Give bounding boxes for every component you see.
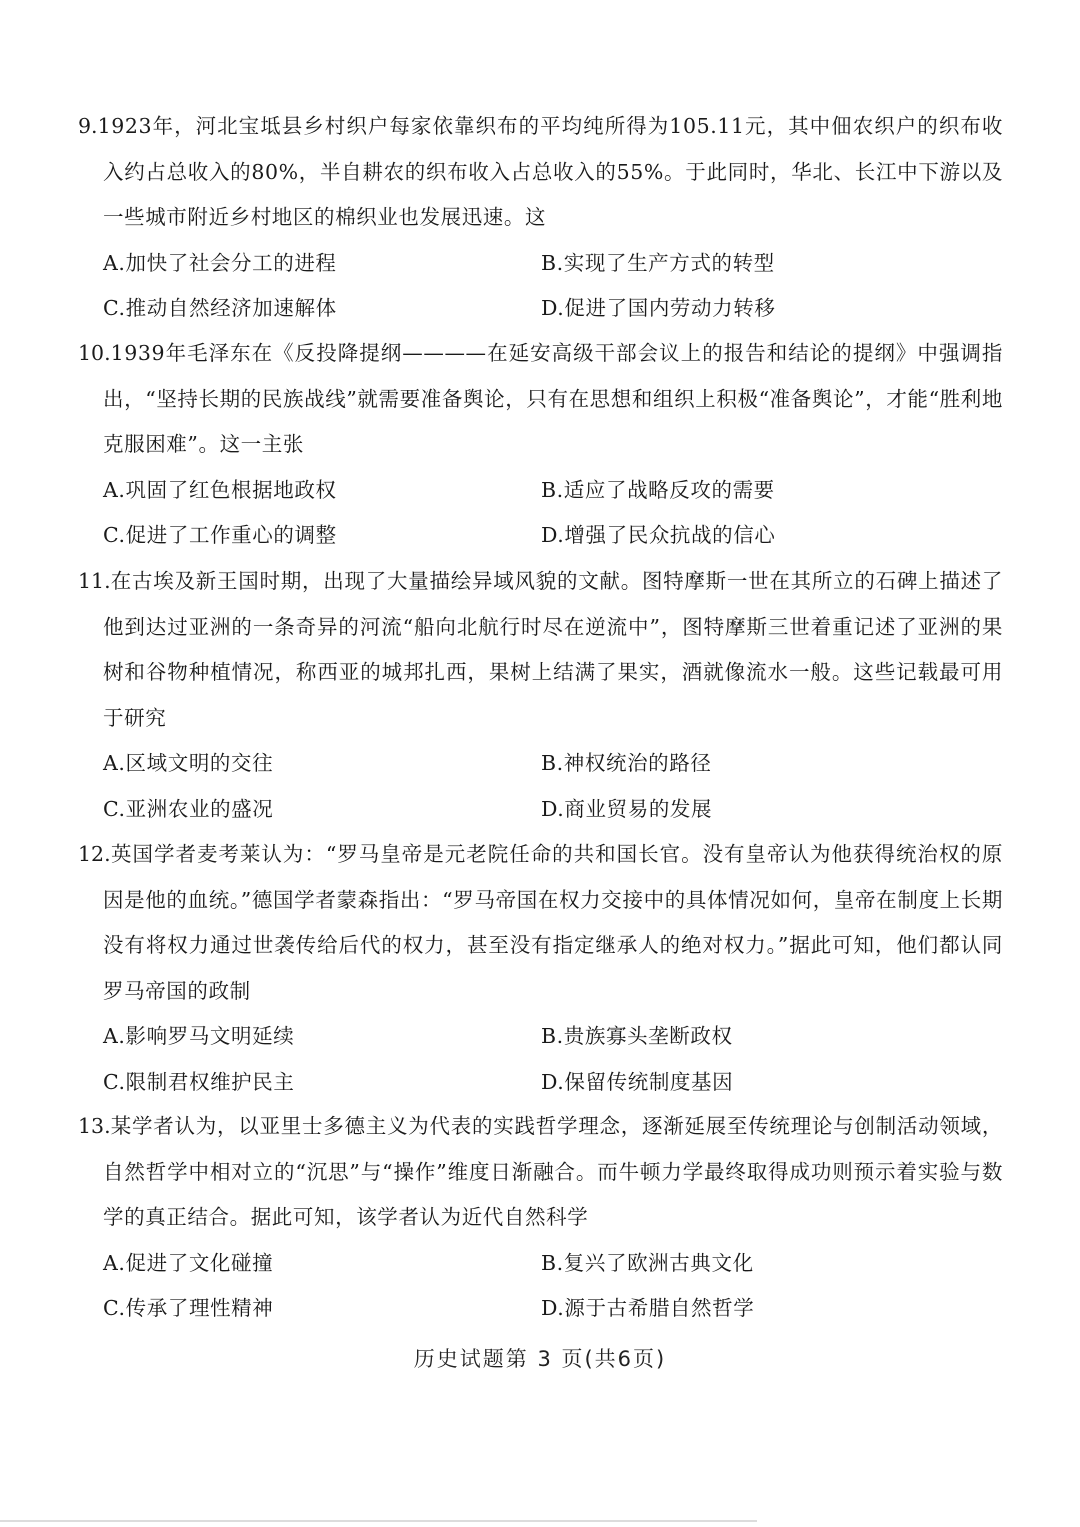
option-label: A. xyxy=(103,478,126,502)
question-11: 11.在古埃及新王国时期，出现了大量描绘异域风貌的文献。图特摩斯一世在其所立的石… xyxy=(78,559,1003,833)
option-label: B. xyxy=(541,1251,564,1275)
option-c[interactable]: C.促进了工作重心的调整 xyxy=(103,513,541,559)
option-d[interactable]: D.促进了国内劳动力转移 xyxy=(541,286,979,332)
question-text: 英国学者麦考莱认为：“罗马皇帝是元老院任命的共和国长官。没有皇帝认为他获得统治权… xyxy=(103,842,1003,1003)
page-footer: 历史试题第 3 页(共6页) xyxy=(0,1344,1080,1374)
option-a[interactable]: A.促进了文化碰撞 xyxy=(103,1241,541,1287)
question-text: 1939年毛泽东在《反投降提纲————在延安高级干部会议上的报告和结论的提纲》中… xyxy=(103,341,1003,456)
option-label: D. xyxy=(541,523,564,547)
option-d[interactable]: D.增强了民众抗战的信心 xyxy=(541,513,979,559)
option-c[interactable]: C.限制君权维护民主 xyxy=(103,1060,541,1106)
bottom-divider xyxy=(0,1520,757,1522)
option-label: A. xyxy=(103,251,126,275)
option-label: B. xyxy=(541,251,564,275)
question-stem: 13.某学者认为，以亚里士多德主义为代表的实践哲学理念，逐渐延展至传统理论与创制… xyxy=(78,1104,1003,1241)
option-label: A. xyxy=(103,751,126,775)
option-label: B. xyxy=(541,1024,564,1048)
option-text: 保留传统制度基因 xyxy=(564,1070,733,1094)
option-a[interactable]: A.加快了社会分工的进程 xyxy=(103,241,541,287)
option-text: 神权统治的路径 xyxy=(564,751,712,775)
option-text: 区域文明的交往 xyxy=(126,751,274,775)
option-label: A. xyxy=(103,1024,126,1048)
option-label: D. xyxy=(541,1296,564,1320)
question-stem: 9.1923年，河北宝坻县乡村织户每家依靠织布的平均纯所得为105.11元，其中… xyxy=(78,104,1003,241)
option-text: 实现了生产方式的转型 xyxy=(564,251,775,275)
option-c[interactable]: C.传承了理性精神 xyxy=(103,1286,541,1332)
option-text: 商业贸易的发展 xyxy=(564,797,712,821)
question-text: 在古埃及新王国时期，出现了大量描绘异域风貌的文献。图特摩斯一世在其所立的石碑上描… xyxy=(103,569,1003,730)
question-text: 1923年，河北宝坻县乡村织户每家依靠织布的平均纯所得为105.11元，其中佃农… xyxy=(98,114,1003,229)
option-text: 促进了文化碰撞 xyxy=(126,1251,274,1275)
option-text: 复兴了欧洲古典文化 xyxy=(564,1251,754,1275)
option-text: 限制君权维护民主 xyxy=(126,1070,295,1094)
option-text: 推动自然经济加速解体 xyxy=(126,296,337,320)
question-stem: 12.英国学者麦考莱认为：“罗马皇帝是元老院任命的共和国长官。没有皇帝认为他获得… xyxy=(78,832,1003,1014)
option-a[interactable]: A.影响罗马文明延续 xyxy=(103,1014,541,1060)
option-label: B. xyxy=(541,478,564,502)
option-label: B. xyxy=(541,751,564,775)
option-b[interactable]: B.贵族寡头垄断政权 xyxy=(541,1014,979,1060)
question-number: 11. xyxy=(78,569,111,593)
option-text: 促进了国内劳动力转移 xyxy=(564,296,775,320)
answer-options: A.影响罗马文明延续 B.贵族寡头垄断政权 C.限制君权维护民主 D.保留传统制… xyxy=(103,1014,1003,1105)
option-text: 贵族寡头垄断政权 xyxy=(564,1024,733,1048)
option-text: 源于古希腊自然哲学 xyxy=(564,1296,754,1320)
option-label: A. xyxy=(103,1251,126,1275)
question-12: 12.英国学者麦考莱认为：“罗马皇帝是元老院任命的共和国长官。没有皇帝认为他获得… xyxy=(78,832,1003,1106)
option-text: 影响罗马文明延续 xyxy=(126,1024,295,1048)
option-label: D. xyxy=(541,797,564,821)
question-stem: 10.1939年毛泽东在《反投降提纲————在延安高级干部会议上的报告和结论的提… xyxy=(78,331,1003,468)
option-label: C. xyxy=(103,523,126,547)
option-c[interactable]: C.亚洲农业的盛况 xyxy=(103,787,541,833)
option-label: C. xyxy=(103,1070,126,1094)
question-number: 9. xyxy=(78,114,98,138)
option-text: 加快了社会分工的进程 xyxy=(126,251,337,275)
option-text: 促进了工作重心的调整 xyxy=(126,523,337,547)
answer-options: A.巩固了红色根据地政权 B.适应了战略反攻的需要 C.促进了工作重心的调整 D… xyxy=(103,468,1003,559)
option-d[interactable]: D.保留传统制度基因 xyxy=(541,1060,979,1106)
option-b[interactable]: B.实现了生产方式的转型 xyxy=(541,241,979,287)
option-a[interactable]: A.区域文明的交往 xyxy=(103,741,541,787)
option-label: C. xyxy=(103,296,126,320)
question-number: 13. xyxy=(78,1114,111,1138)
option-text: 传承了理性精神 xyxy=(126,1296,274,1320)
option-label: C. xyxy=(103,1296,126,1320)
question-9: 9.1923年，河北宝坻县乡村织户每家依靠织布的平均纯所得为105.11元，其中… xyxy=(78,104,1003,332)
option-text: 巩固了红色根据地政权 xyxy=(126,478,337,502)
option-d[interactable]: D.源于古希腊自然哲学 xyxy=(541,1286,979,1332)
option-d[interactable]: D.商业贸易的发展 xyxy=(541,787,979,833)
answer-options: A.加快了社会分工的进程 B.实现了生产方式的转型 C.推动自然经济加速解体 D… xyxy=(103,241,1003,332)
question-10: 10.1939年毛泽东在《反投降提纲————在延安高级干部会议上的报告和结论的提… xyxy=(78,331,1003,559)
option-text: 亚洲农业的盛况 xyxy=(126,797,274,821)
option-a[interactable]: A.巩固了红色根据地政权 xyxy=(103,468,541,514)
option-b[interactable]: B.适应了战略反攻的需要 xyxy=(541,468,979,514)
option-label: C. xyxy=(103,797,126,821)
option-b[interactable]: B.复兴了欧洲古典文化 xyxy=(541,1241,979,1287)
question-stem: 11.在古埃及新王国时期，出现了大量描绘异域风貌的文献。图特摩斯一世在其所立的石… xyxy=(78,559,1003,741)
question-text: 某学者认为，以亚里士多德主义为代表的实践哲学理念，逐渐延展至传统理论与创制活动领… xyxy=(103,1114,1003,1229)
option-label: D. xyxy=(541,1070,564,1094)
question-number: 12. xyxy=(78,842,111,866)
exam-page: 9.1923年，河北宝坻县乡村织户每家依靠织布的平均纯所得为105.11元，其中… xyxy=(0,0,1080,1527)
option-c[interactable]: C.推动自然经济加速解体 xyxy=(103,286,541,332)
answer-options: A.区域文明的交往 B.神权统治的路径 C.亚洲农业的盛况 D.商业贸易的发展 xyxy=(103,741,1003,832)
question-13: 13.某学者认为，以亚里士多德主义为代表的实践哲学理念，逐渐延展至传统理论与创制… xyxy=(78,1104,1003,1332)
option-b[interactable]: B.神权统治的路径 xyxy=(541,741,979,787)
option-text: 增强了民众抗战的信心 xyxy=(564,523,775,547)
question-number: 10. xyxy=(78,341,111,365)
answer-options: A.促进了文化碰撞 B.复兴了欧洲古典文化 C.传承了理性精神 D.源于古希腊自… xyxy=(103,1241,1003,1332)
option-text: 适应了战略反攻的需要 xyxy=(564,478,775,502)
option-label: D. xyxy=(541,296,564,320)
